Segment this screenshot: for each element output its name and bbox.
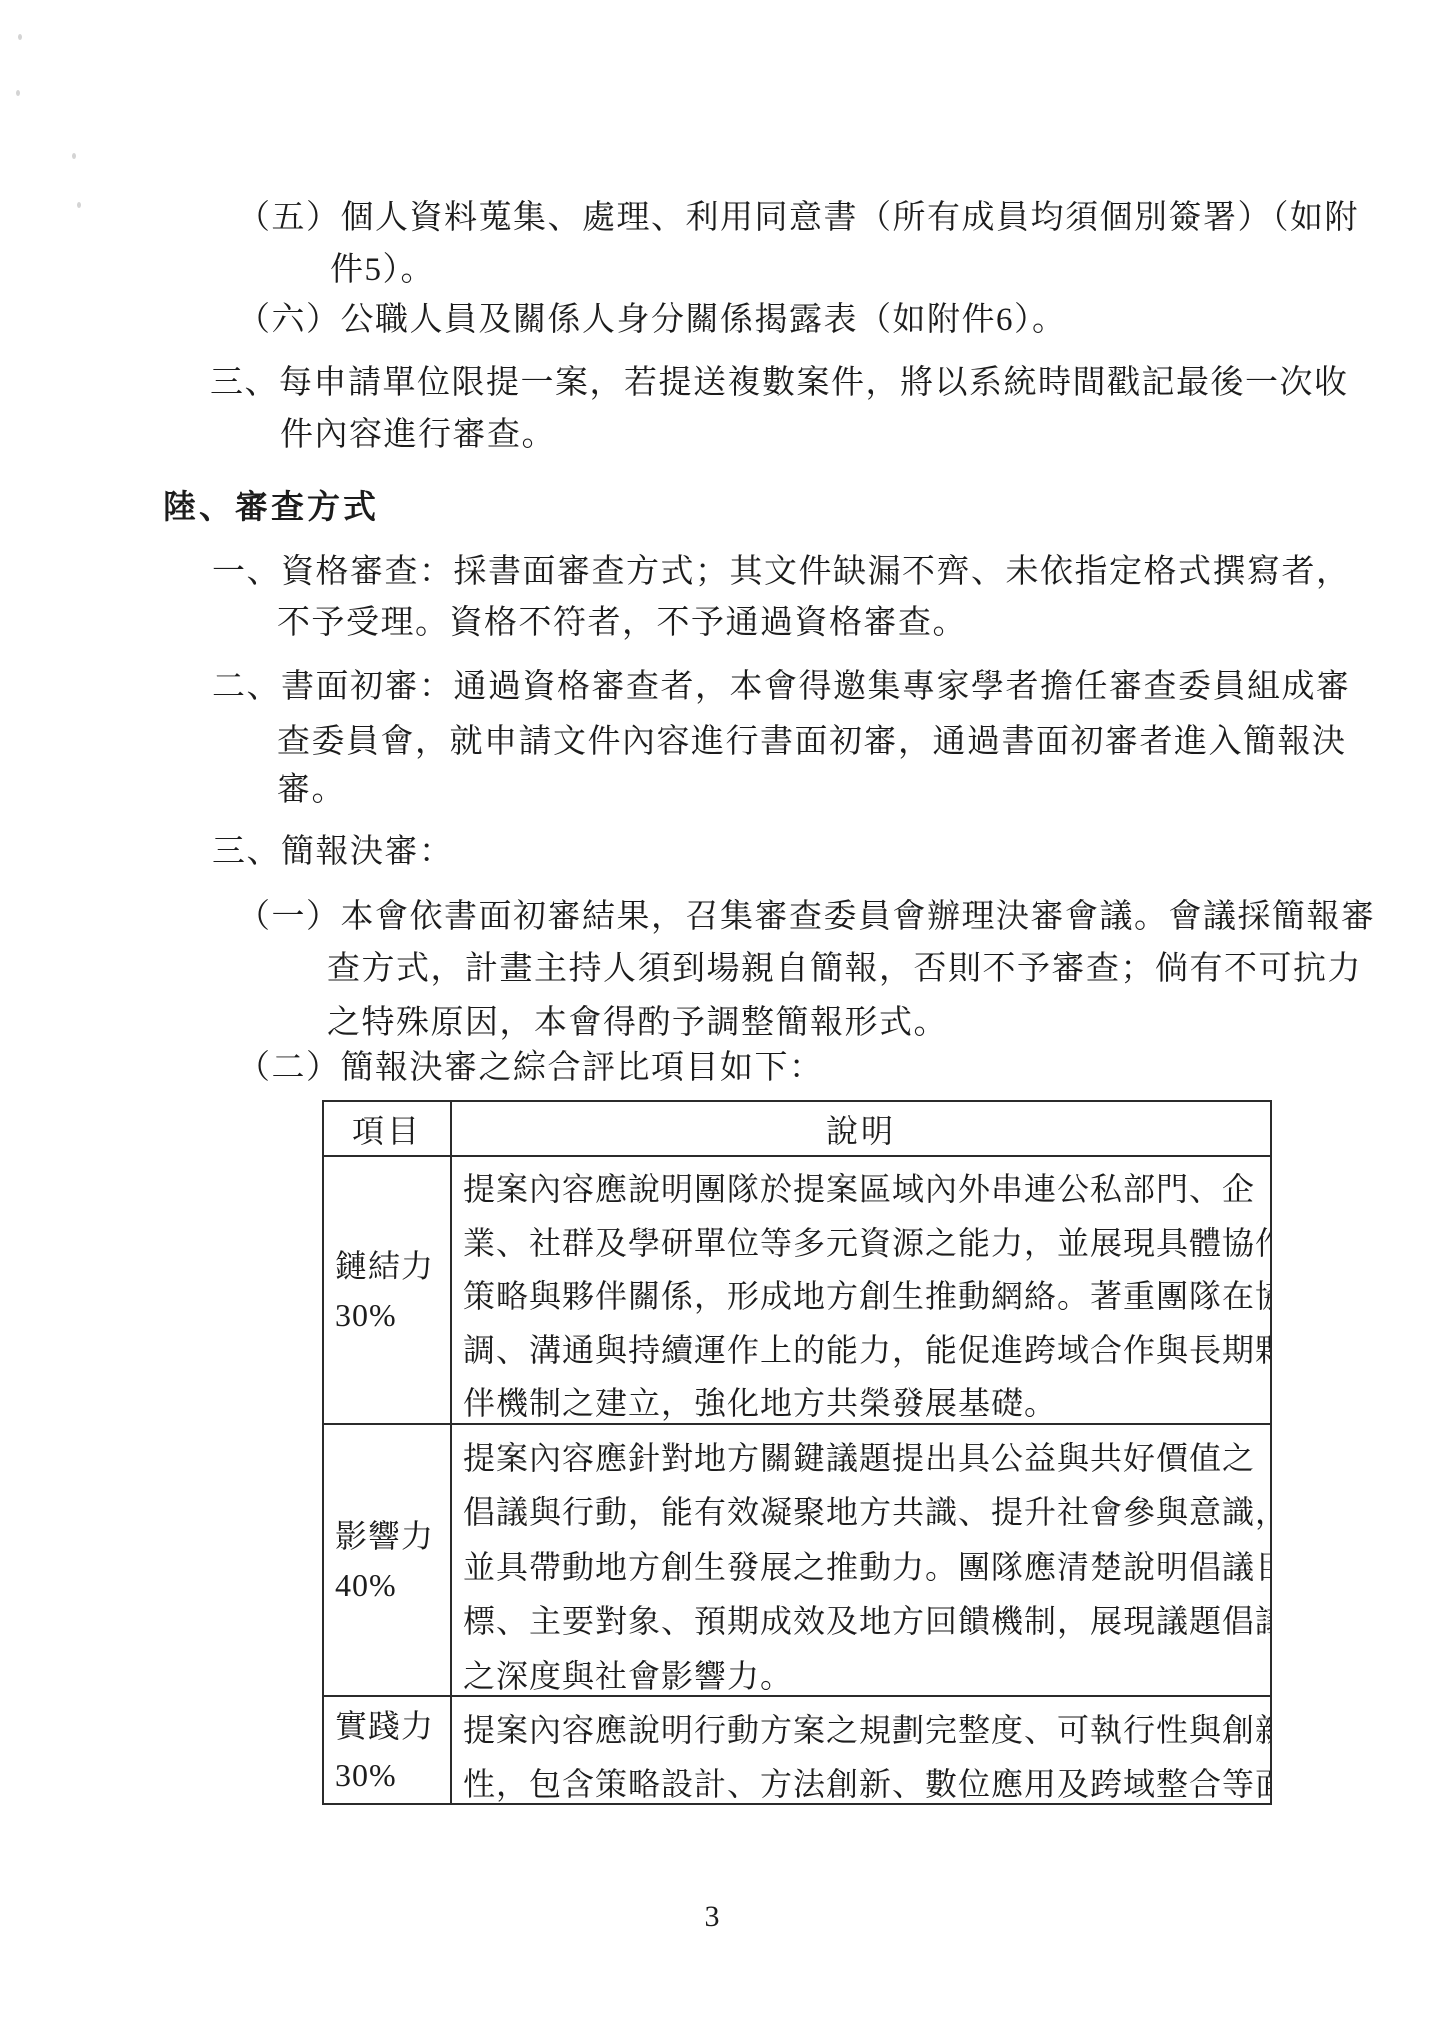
description-line: 之深度與社會影響力。 [463, 1649, 1256, 1697]
review-item-2-line1: 二、書面初審：通過資格審查者，本會得邀集專家學者擔任審查委員組成審 [212, 668, 1351, 706]
criterion-name: 影響力 [335, 1519, 450, 1553]
table-header-description: 說明 [452, 1102, 1270, 1157]
table-row-linkage-label: 鏈結力 30% [324, 1157, 452, 1425]
scan-speck [77, 202, 81, 208]
criterion-weight: 30% [335, 1758, 450, 1792]
list-item-5-line1: （五）個人資料蒐集、處理、利用同意書（所有成員均須個別簽署）（如附 [237, 199, 1359, 237]
description-line: 調、溝通與持續運作上的能力，能促進跨域合作與長期夥 [463, 1324, 1256, 1378]
description-line: 伴機制之建立，強化地方共榮發展基礎。 [463, 1377, 1256, 1425]
scan-speck [72, 153, 76, 159]
criterion-name: 實踐力 [335, 1709, 450, 1743]
criterion-weight: 40% [335, 1568, 450, 1602]
review-item-2-line3: 審。 [277, 771, 346, 809]
review-item-3-heading: 三、簡報決審： [212, 833, 454, 871]
description-line: 提案內容應說明行動方案之規劃完整度、可執行性與創新 [463, 1703, 1256, 1757]
review-item-1-line2: 不予受理。資格不符者，不予通過資格審查。 [277, 604, 967, 642]
criterion-name: 鏈結力 [335, 1249, 450, 1283]
review-item-1-line1: 一、資格審查：採書面審查方式；其文件缺漏不齊、未依指定格式撰寫者， [212, 553, 1351, 591]
description-line: 標、主要對象、預期成效及地方回饋機制，展現議題倡議 [463, 1594, 1256, 1648]
description-line: 提案內容應說明團隊於提案區域內外串連公私部門、企 [463, 1163, 1256, 1217]
description-line: 性，包含策略設計、方法創新、數位應用及跨域整合等面 [463, 1757, 1256, 1803]
evaluation-criteria-table: 項目 說明 鏈結力 30% 提案內容應說明團隊於提案區域內外串連公私部門、企 業… [322, 1100, 1272, 1805]
table-row-practice-description: 提案內容應說明行動方案之規劃完整度、可執行性與創新 性，包含策略設計、方法創新、… [452, 1697, 1270, 1803]
criterion-weight: 30% [335, 1298, 450, 1332]
description-line: 提案內容應針對地方關鍵議題提出具公益與共好價值之 [463, 1431, 1256, 1485]
table-row-impact-description: 提案內容應針對地方關鍵議題提出具公益與共好價值之 倡議與行動，能有效凝聚地方共識… [452, 1425, 1270, 1697]
description-line: 倡議與行動，能有效凝聚地方共識、提升社會參與意識， [463, 1485, 1256, 1539]
clause-3-line2: 件內容進行審查。 [280, 416, 556, 454]
description-line: 並具帶動地方創生發展之推動力。團隊應清楚說明倡議目 [463, 1540, 1256, 1594]
table-header-item: 項目 [324, 1102, 452, 1157]
table-row-linkage-description: 提案內容應說明團隊於提案區域內外串連公私部門、企 業、社群及學研單位等多元資源之… [452, 1157, 1270, 1425]
list-item-6: （六）公職人員及關係人身分關係揭露表（如附件6）。 [237, 301, 1067, 339]
table-header-item-label: 項目 [352, 1106, 422, 1152]
scan-speck [18, 34, 22, 40]
scan-speck [16, 90, 20, 96]
sub-item-2-heading: （二）簡報決審之綜合評比項目如下： [237, 1049, 824, 1087]
section-heading-review-method: 陸、審查方式 [163, 489, 379, 527]
document-page: （五）個人資料蒐集、處理、利用同意書（所有成員均須個別簽署）（如附 件5）。 （… [0, 0, 1440, 2037]
table-row-impact-label: 影響力 40% [324, 1425, 452, 1697]
table-row-practice-label: 實踐力 30% [324, 1697, 452, 1803]
table-header-description-label: 說明 [826, 1106, 896, 1152]
sub-item-1-line3: 之特殊原因，本會得酌予調整簡報形式。 [327, 1004, 948, 1042]
sub-item-1-line1: （一）本會依書面初審結果，召集審查委員會辦理決審會議。會議採簡報審 [237, 898, 1376, 936]
list-item-5-line2: 件5）。 [330, 251, 435, 289]
sub-item-1-line2: 查方式，計畫主持人須到場親自簡報，否則不予審查；倘有不可抗力 [327, 950, 1362, 988]
page-number: 3 [0, 1900, 1424, 1934]
description-line: 策略與夥伴關係，形成地方創生推動網絡。著重團隊在協 [463, 1270, 1256, 1324]
clause-3-line1: 三、每申請單位限提一案，若提送複數案件，將以系統時間戳記最後一次收 [210, 364, 1349, 402]
description-line: 業、社群及學研單位等多元資源之能力，並展現具體協作 [463, 1217, 1256, 1271]
review-item-2-line2: 查委員會，就申請文件內容進行書面初審，通過書面初審者進入簡報決 [277, 723, 1347, 761]
